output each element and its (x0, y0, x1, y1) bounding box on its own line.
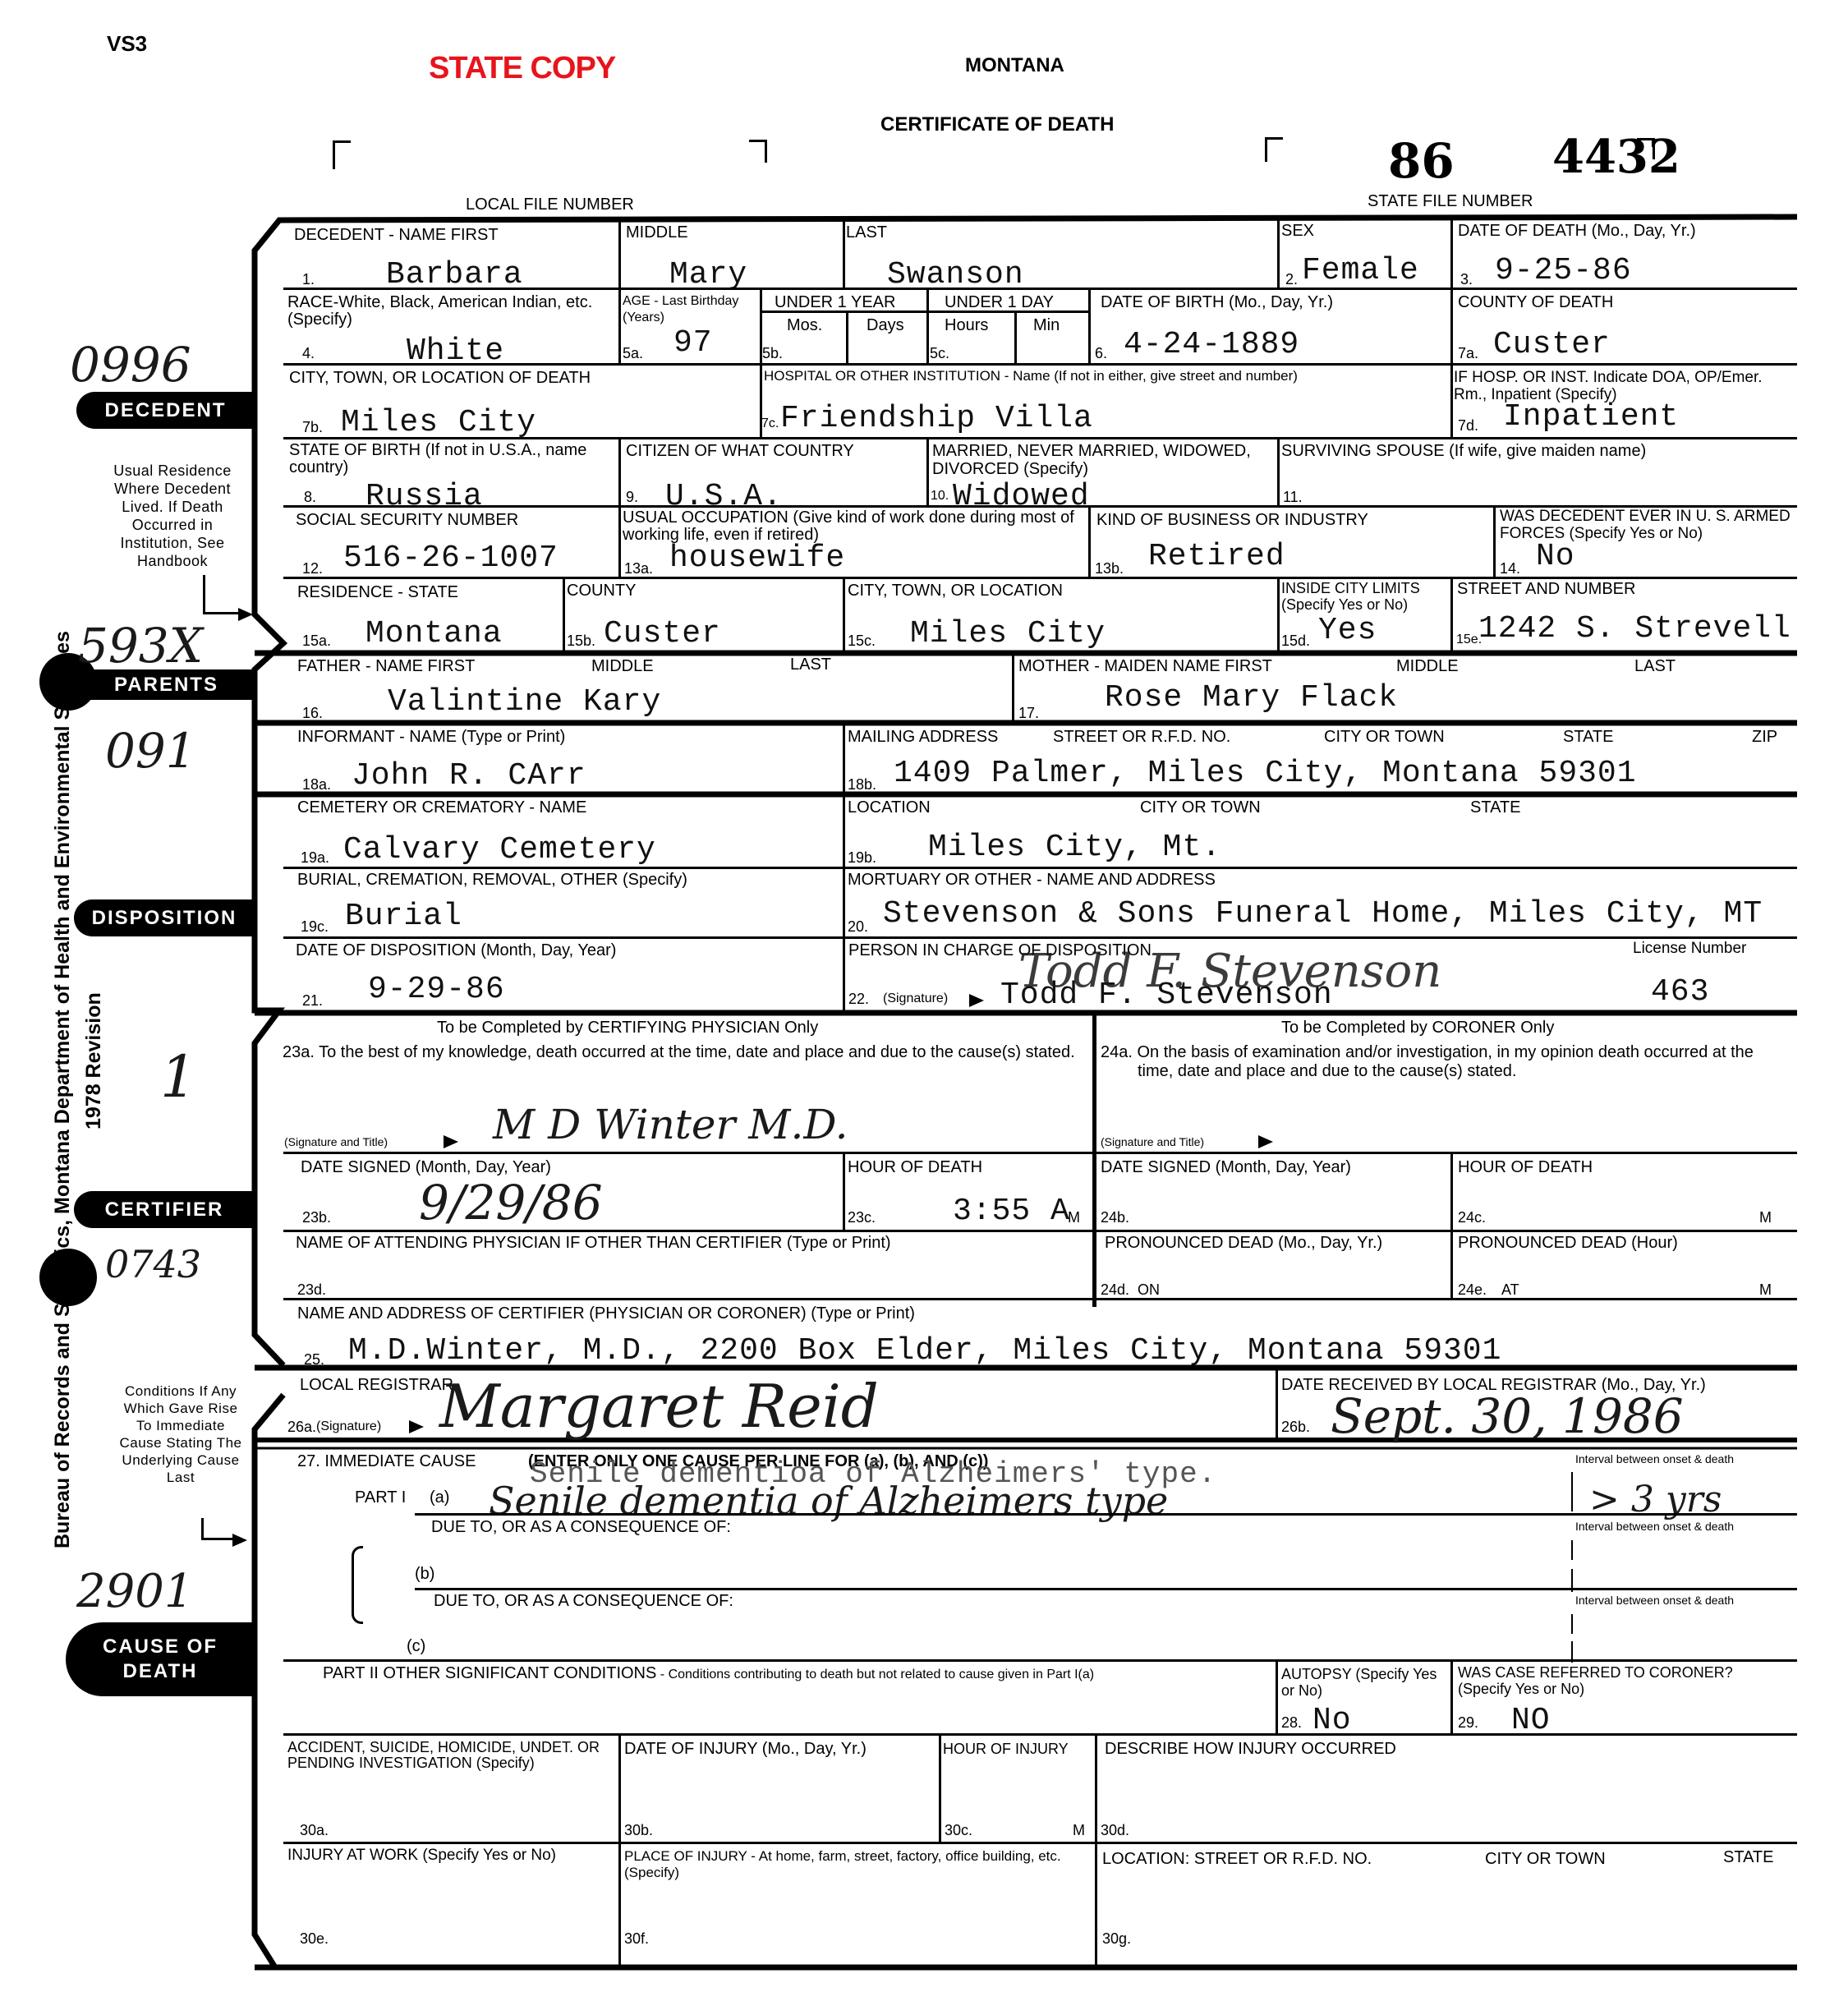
field-number: 25. (304, 1351, 324, 1369)
divider (283, 1842, 1797, 1844)
registrar-date-value[interactable]: Sept. 30, 1986 (1331, 1388, 1684, 1444)
m-suffix: M (1068, 1209, 1080, 1226)
registrar-signature: Margaret Reid (439, 1372, 879, 1441)
code-0743: 0743 (105, 1242, 201, 1286)
disposition-method-label: BURIAL, CREMATION, REMOVAL, OTHER (Speci… (297, 871, 687, 889)
certifier-name-label: NAME AND ADDRESS OF CERTIFIER (PHYSICIAN… (297, 1304, 915, 1323)
interval-label-a: Interval between onset & death (1575, 1452, 1734, 1465)
conditions-arrow-head (232, 1534, 247, 1547)
divider (283, 1230, 1797, 1232)
spouse-label: SURVIVING SPOUSE (If wife, give maiden n… (1281, 442, 1646, 460)
date-of-birth[interactable]: 4-24-1889 (1124, 329, 1299, 361)
field-number: 19c. (301, 918, 329, 936)
city-of-death-label: CITY, TOWN, OR LOCATION OF DEATH (289, 369, 591, 387)
divider (283, 1152, 1797, 1154)
tab-cause-of-death: CAUSE OF DEATH (66, 1622, 255, 1696)
birth-state-value[interactable]: Russia (365, 481, 483, 513)
coroner-date-signed-label: DATE SIGNED (Month, Day, Year) (1101, 1158, 1351, 1176)
immediate-cause-label: 27. IMMEDIATE CAUSE (297, 1452, 476, 1470)
coroner-hour-label: HOUR OF DEATH (1458, 1158, 1593, 1176)
injury-city-label: CITY OR TOWN (1485, 1850, 1606, 1868)
city-limits-label: INSIDE CITY LIMITS (Specify Yes or No) (1281, 580, 1454, 613)
father-name-label: FATHER - NAME FIRST (297, 657, 475, 675)
father-middle-label: MIDDLE (591, 657, 654, 675)
divider (846, 312, 848, 363)
dod-label: DATE OF DEATH (Mo., Day, Yr.) (1458, 222, 1696, 240)
decedent-middle-name[interactable]: Mary (669, 259, 747, 292)
county-of-death[interactable]: Custer (1493, 329, 1611, 361)
due-to-label-1: DUE TO, OR AS A CONSEQUENCE OF: (431, 1518, 731, 1536)
interval-divider (1571, 1540, 1573, 1560)
coroner-referral-value[interactable]: NO (1511, 1704, 1551, 1737)
field-number: 30d. (1101, 1822, 1129, 1839)
field-number: 1. (302, 271, 315, 288)
coroner-statement: 24a. On the basis of examination and/or … (1101, 1043, 1791, 1081)
divider (843, 794, 845, 1013)
revision-vertical-text: 1978 Revision (82, 992, 106, 1129)
cause-b-label: (b) (415, 1565, 434, 1583)
physician-signature-label: (Signature and Title) (284, 1135, 388, 1148)
ssn-value[interactable]: 516-26-1007 (343, 542, 559, 575)
divider (618, 288, 621, 363)
hours-label: Hours (945, 316, 988, 334)
field-number: 24e. (1458, 1281, 1487, 1299)
field-number: 7a. (1458, 345, 1478, 362)
divider (1277, 577, 1280, 651)
coroner-signature-label: (Signature and Title) (1101, 1135, 1204, 1148)
mailing-zip-label: ZIP (1752, 728, 1777, 746)
disposition-date-value[interactable]: 9-29-86 (368, 973, 505, 1006)
street-label: STREET AND NUMBER (1457, 580, 1635, 598)
occupation-label: USUAL OCCUPATION (Give kind of work done… (623, 509, 1095, 544)
divider (939, 1733, 941, 1842)
divider (1450, 288, 1453, 363)
signature-label: (Signature) (883, 991, 948, 1006)
city-of-death[interactable]: Miles City (341, 407, 536, 439)
date-signed-label: DATE SIGNED (Month, Day, Year) (301, 1158, 551, 1176)
residence-state-label-text: RESIDENCE - STATE (297, 583, 458, 601)
tab-parents: PARENTS (78, 669, 255, 700)
field-number: 10. (931, 489, 949, 504)
disposition-date-label: DATE OF DISPOSITION (Month, Day, Year) (296, 941, 616, 959)
tab-certifier: CERTIFIER (74, 1191, 255, 1228)
physician-signature: M D Winter M.D. (493, 1101, 848, 1148)
field-number: 7d. (1458, 417, 1478, 435)
divider (283, 437, 1797, 439)
residence-city-value[interactable]: Miles City (910, 618, 1106, 651)
inst-status-value[interactable]: Inpatient (1503, 401, 1679, 434)
physician-header: To be Completed by CERTIFYING PHYSICIAN … (437, 1019, 818, 1037)
residence-street-value[interactable]: 1242 S. Strevell (1478, 613, 1791, 646)
divider (1088, 288, 1091, 363)
field-number: 20. (848, 918, 868, 936)
field-number: 15d. (1281, 633, 1310, 650)
location-label: LOCATION (848, 798, 931, 817)
interval-divider (1571, 1472, 1573, 1511)
hour-of-death-label: HOUR OF DEATH (848, 1158, 982, 1176)
divider (1450, 1152, 1453, 1300)
decedent-name-label: DECEDENT - NAME FIRST (294, 226, 499, 244)
cause-a-label: (a) (430, 1488, 449, 1507)
hour-of-death-value[interactable]: 3:55 A (953, 1195, 1070, 1228)
father-last-label: LAST (790, 656, 831, 674)
min-label: Min (1033, 316, 1060, 334)
field-number: 24d. (1101, 1281, 1129, 1299)
divider (1493, 505, 1496, 577)
cemetery-label: CEMETERY OR CREMATORY - NAME (297, 798, 586, 817)
injury-manner-label: ACCIDENT, SUICIDE, HOMICIDE, UNDET. OR P… (287, 1740, 624, 1771)
divider (618, 437, 621, 507)
tab-disposition: DISPOSITION (74, 899, 255, 936)
handwritten-cause-a: Senile dementia of Alzheimers type (489, 1479, 1168, 1523)
coroner-referral-label: WAS CASE REFERRED TO CORONER? (Specify Y… (1458, 1664, 1786, 1697)
divider (1012, 653, 1014, 723)
last-name-label: LAST (846, 223, 887, 242)
divider (843, 1152, 845, 1230)
mailing-city-label: CITY OR TOWN (1324, 728, 1445, 746)
field-number: 30e. (300, 1930, 329, 1948)
divider (618, 222, 621, 288)
cause-c-label: (c) (407, 1637, 425, 1655)
divider (1450, 363, 1453, 437)
father-name-value[interactable]: Valintine Kary (388, 686, 661, 719)
field-number: 22. (848, 991, 869, 1008)
divider (1095, 1733, 1097, 1967)
armed-forces-label: WAS DECEDENT EVER IN U. S. ARMED FORCES … (1500, 508, 1795, 542)
m-suffix: M (1073, 1822, 1085, 1839)
registrar-signature-arrow-icon (409, 1420, 424, 1433)
mailing-state-label: STATE (1563, 728, 1613, 746)
divider (283, 363, 1797, 366)
injury-state-label: STATE (1723, 1848, 1773, 1866)
cemetery-value[interactable]: Calvary Cemetery (343, 834, 656, 867)
residence-state-label: RESIDENCE - STATE (297, 583, 458, 601)
license-number-label: License Number (1633, 940, 1746, 958)
field-number: 5c. (930, 345, 949, 362)
date-of-death[interactable]: 9-25-86 (1495, 255, 1632, 288)
divider (1450, 1659, 1453, 1735)
injury-at-work-label: INJURY AT WORK (Specify Yes or No) (287, 1848, 556, 1863)
middle-name-label: MIDDLE (626, 223, 688, 242)
divider (1276, 1659, 1278, 1735)
disposition-method-value[interactable]: Burial (345, 900, 462, 933)
divider (283, 1298, 1797, 1300)
divider (283, 936, 1797, 939)
county-of-death-label: COUNTY OF DEATH (1458, 293, 1613, 311)
residence-county-label: COUNTY (567, 582, 636, 600)
physician-statement: 23a. To the best of my knowledge, death … (283, 1043, 1096, 1062)
field-number: 5b. (762, 345, 783, 362)
punch-hole-bottom (39, 1249, 97, 1306)
coroner-signature-arrow-icon (1258, 1135, 1273, 1148)
occupation-value[interactable]: housewife (669, 542, 845, 575)
mailing-street-label: STREET OR R.F.D. NO. (1053, 728, 1230, 746)
residence-county-value[interactable]: Custer (604, 618, 721, 651)
field-number: 28. (1281, 1714, 1302, 1732)
attending-physician-label: NAME OF ATTENDING PHYSICIAN IF OTHER THA… (296, 1234, 891, 1252)
field-number: 18b. (848, 776, 876, 794)
coroner-header: To be Completed by CORONER Only (1281, 1019, 1554, 1037)
field-number: 29. (1458, 1714, 1478, 1732)
hospital-label: HOSPITAL OR OTHER INSTITUTION - Name (If… (764, 369, 1298, 384)
interval-divider (1571, 1614, 1573, 1634)
residence-state-value[interactable]: Montana (365, 618, 503, 651)
field-number: 8. (304, 489, 316, 506)
agency-vertical-text: Bureau of Records and Statistics, Montan… (51, 631, 75, 1548)
divider (843, 577, 845, 651)
interval-label-b: Interval between onset & death (1575, 1520, 1734, 1533)
ssn-label: SOCIAL SECURITY NUMBER (296, 511, 518, 529)
under-1-day-label: UNDER 1 DAY (945, 293, 1054, 311)
field-number: 18a. (302, 776, 331, 794)
sex-label: SEX (1281, 222, 1314, 240)
signature-arrow-icon (969, 994, 984, 1007)
field-number: 3. (1460, 271, 1473, 288)
pronounced-on-label: ON (1138, 1281, 1160, 1299)
divider (618, 1733, 621, 1967)
conditions-note: Conditions If Any Which Gave Rise To Imm… (119, 1382, 242, 1486)
code-593x: 593X (78, 618, 203, 674)
residence-city-label: CITY, TOWN, OR LOCATION (848, 582, 1063, 600)
autopsy-value[interactable]: No (1312, 1704, 1352, 1737)
field-number: 19b. (848, 849, 876, 867)
citizen-label: CITIZEN OF WHAT COUNTRY (626, 442, 854, 460)
age-value[interactable]: 97 (673, 327, 713, 360)
date-signed-value[interactable]: 9/29/86 (419, 1175, 603, 1231)
field-number: 15c. (848, 633, 876, 650)
field-number: 14. (1500, 560, 1520, 577)
informant-address-value[interactable]: 1409 Palmer, Miles City, Montana 59301 (894, 757, 1637, 790)
injury-describe-label: DESCRIBE HOW INJURY OCCURRED (1105, 1740, 1396, 1758)
birth-state-label: STATE OF BIRTH (If not in U.S.A., name c… (289, 442, 618, 476)
part2-label: PART II OTHER SIGNIFICANT CONDITIONS - C… (323, 1664, 1094, 1684)
m-suffix: M (1759, 1281, 1772, 1299)
divider (563, 577, 565, 651)
field-number: 7c. (761, 416, 779, 431)
field-number: 30f. (624, 1930, 649, 1948)
tab-decedent: DECEDENT (76, 392, 255, 429)
divider (1277, 218, 1280, 289)
field-number: 23d. (297, 1281, 326, 1299)
mailing-address-label: MAILING ADDRESS (848, 728, 998, 746)
autopsy-label: AUTOPSY (Specify Yes or No) (1281, 1666, 1446, 1699)
divider (1014, 312, 1017, 363)
field-number: 19a. (301, 849, 329, 867)
part1-label: PART I (355, 1488, 406, 1507)
age-label: AGE - Last Birthday (Years) (623, 293, 754, 326)
registrar-signature-label: (Signature) (316, 1419, 381, 1434)
mother-middle-label: MIDDLE (1396, 657, 1459, 675)
residence-note: Usual Residence Where Decedent Lived. If… (99, 462, 246, 570)
field-number: 15b. (567, 633, 595, 650)
city-limits-value[interactable]: Yes (1318, 614, 1377, 647)
divider (618, 505, 621, 577)
injury-location-label: LOCATION: STREET OR R.F.D. NO. (1102, 1850, 1372, 1868)
divider (283, 1659, 1797, 1662)
field-number: 5a. (623, 345, 643, 362)
divider (283, 577, 1797, 579)
divider (843, 723, 845, 794)
divider (926, 288, 929, 363)
under-1-year-label: UNDER 1 YEAR (775, 293, 895, 311)
location-value[interactable]: Miles City, Mt. (928, 831, 1221, 864)
mortuary-label: MORTUARY OR OTHER - NAME AND ADDRESS (848, 871, 1216, 889)
inst-status-label: IF HOSP. OR INST. Indicate DOA, OP/Emer.… (1454, 369, 1799, 403)
location-state-label: STATE (1470, 798, 1520, 817)
marital-label: MARRIED, NEVER MARRIED, WIDOWED, DIVORCE… (932, 442, 1277, 478)
physician-signature-arrow-icon (444, 1135, 458, 1148)
brace-bracket (352, 1546, 363, 1624)
injury-hour-label: HOUR OF INJURY (943, 1741, 1069, 1756)
mother-name-label: MOTHER - MAIDEN NAME FIRST (1018, 657, 1272, 675)
code-1: 1 (160, 1043, 197, 1111)
dob-label: DATE OF BIRTH (Mo., Day, Yr.) (1101, 293, 1333, 311)
part2-description: - Conditions contributing to death but n… (656, 1668, 1094, 1681)
divider (283, 867, 1797, 869)
divider (760, 311, 1088, 313)
local-registrar-label: LOCAL REGISTRAR (300, 1376, 453, 1394)
field-number: 21. (302, 992, 323, 1010)
code-091: 091 (105, 723, 196, 779)
field-number: 30a. (300, 1822, 329, 1839)
field-number: 30b. (624, 1822, 653, 1839)
divider (1450, 218, 1453, 289)
field-number: 13a. (624, 560, 653, 577)
informant-name-value[interactable]: John R. CArr (352, 760, 586, 793)
field-number: 30g. (1102, 1930, 1131, 1948)
decedent-first-name[interactable]: Barbara (386, 259, 523, 292)
certifier-name-value[interactable]: M.D.Winter, M.D., 2200 Box Elder, Miles … (348, 1335, 1501, 1368)
field-number: 11. (1283, 489, 1303, 506)
field-number: 24b. (1101, 1209, 1129, 1226)
divider (1277, 437, 1280, 507)
residence-arrow-head (238, 608, 253, 621)
license-number-value[interactable]: 463 (1651, 976, 1709, 1009)
field-number: 23b. (302, 1209, 331, 1226)
part2-title: PART II OTHER SIGNIFICANT CONDITIONS (323, 1664, 656, 1682)
field-number: 4. (302, 345, 315, 362)
injury-date-label: DATE OF INJURY (Mo., Day, Yr.) (624, 1740, 867, 1758)
field-number: 9. (626, 489, 638, 506)
location-city-label: CITY OR TOWN (1140, 798, 1261, 817)
field-number: 15a. (302, 633, 331, 650)
pronounced-at-label: AT (1501, 1281, 1519, 1299)
divider (1276, 1368, 1278, 1442)
person-in-charge-signature: Todd F. Stevenson (1018, 945, 1441, 998)
divider (1450, 577, 1453, 651)
field-number: 13b. (1095, 560, 1124, 577)
field-number: 26b. (1281, 1419, 1310, 1436)
business-value[interactable]: Retired (1148, 541, 1285, 573)
divider (926, 437, 929, 507)
decedent-last-name[interactable]: Swanson (887, 259, 1024, 292)
field-number: 30c. (945, 1822, 972, 1839)
sex-value[interactable]: Female (1302, 255, 1419, 288)
conditions-arrow (201, 1518, 234, 1540)
code-2901: 2901 (76, 1565, 194, 1618)
business-label: KIND OF BUSINESS OR INDUSTRY (1096, 511, 1368, 529)
field-number: 23c. (848, 1209, 876, 1226)
hospital-value[interactable]: Friendship Villa (780, 403, 1093, 435)
mos-label: Mos. (787, 316, 822, 334)
pronounced-hour-label: PRONOUNCED DEAD (Hour) (1458, 1234, 1678, 1252)
divider (415, 1588, 1797, 1590)
field-number: 24c. (1458, 1209, 1486, 1226)
pronounced-date-label: PRONOUNCED DEAD (Mo., Day, Yr.) (1105, 1234, 1382, 1252)
mortuary-value[interactable]: Stevenson & Sons Funeral Home, Miles Cit… (883, 898, 1763, 931)
race-label: RACE-White, Black, American Indian, etc.… (287, 294, 616, 329)
informant-name-label: INFORMANT - NAME (Type or Print) (297, 728, 565, 746)
field-number: 2. (1285, 271, 1298, 288)
field-number: 7b. (302, 419, 323, 436)
interval-label-c: Interval between onset & death (1575, 1594, 1734, 1607)
due-to-label-2: DUE TO, OR AS A CONSEQUENCE OF: (434, 1592, 733, 1610)
residence-arrow (203, 575, 240, 614)
code-0996: 0996 (70, 337, 191, 393)
mother-last-label: LAST (1634, 657, 1676, 675)
field-number: 26a. (287, 1419, 316, 1436)
divider (283, 288, 1797, 290)
armed-forces-value[interactable]: No (1536, 541, 1575, 573)
field-number: 12. (302, 560, 323, 577)
injury-place-label: PLACE OF INJURY - At home, farm, street,… (624, 1848, 1092, 1881)
divider (843, 222, 845, 288)
field-number: 17. (1018, 705, 1039, 722)
divider (415, 1513, 1797, 1516)
m-suffix: M (1759, 1209, 1772, 1226)
divider (1088, 505, 1091, 577)
field-number: 16. (302, 705, 323, 722)
field-number: 6. (1095, 345, 1107, 362)
mother-name-value[interactable]: Rose Mary Flack (1105, 682, 1398, 715)
days-label: Days (867, 316, 904, 334)
divider (283, 1733, 1797, 1736)
